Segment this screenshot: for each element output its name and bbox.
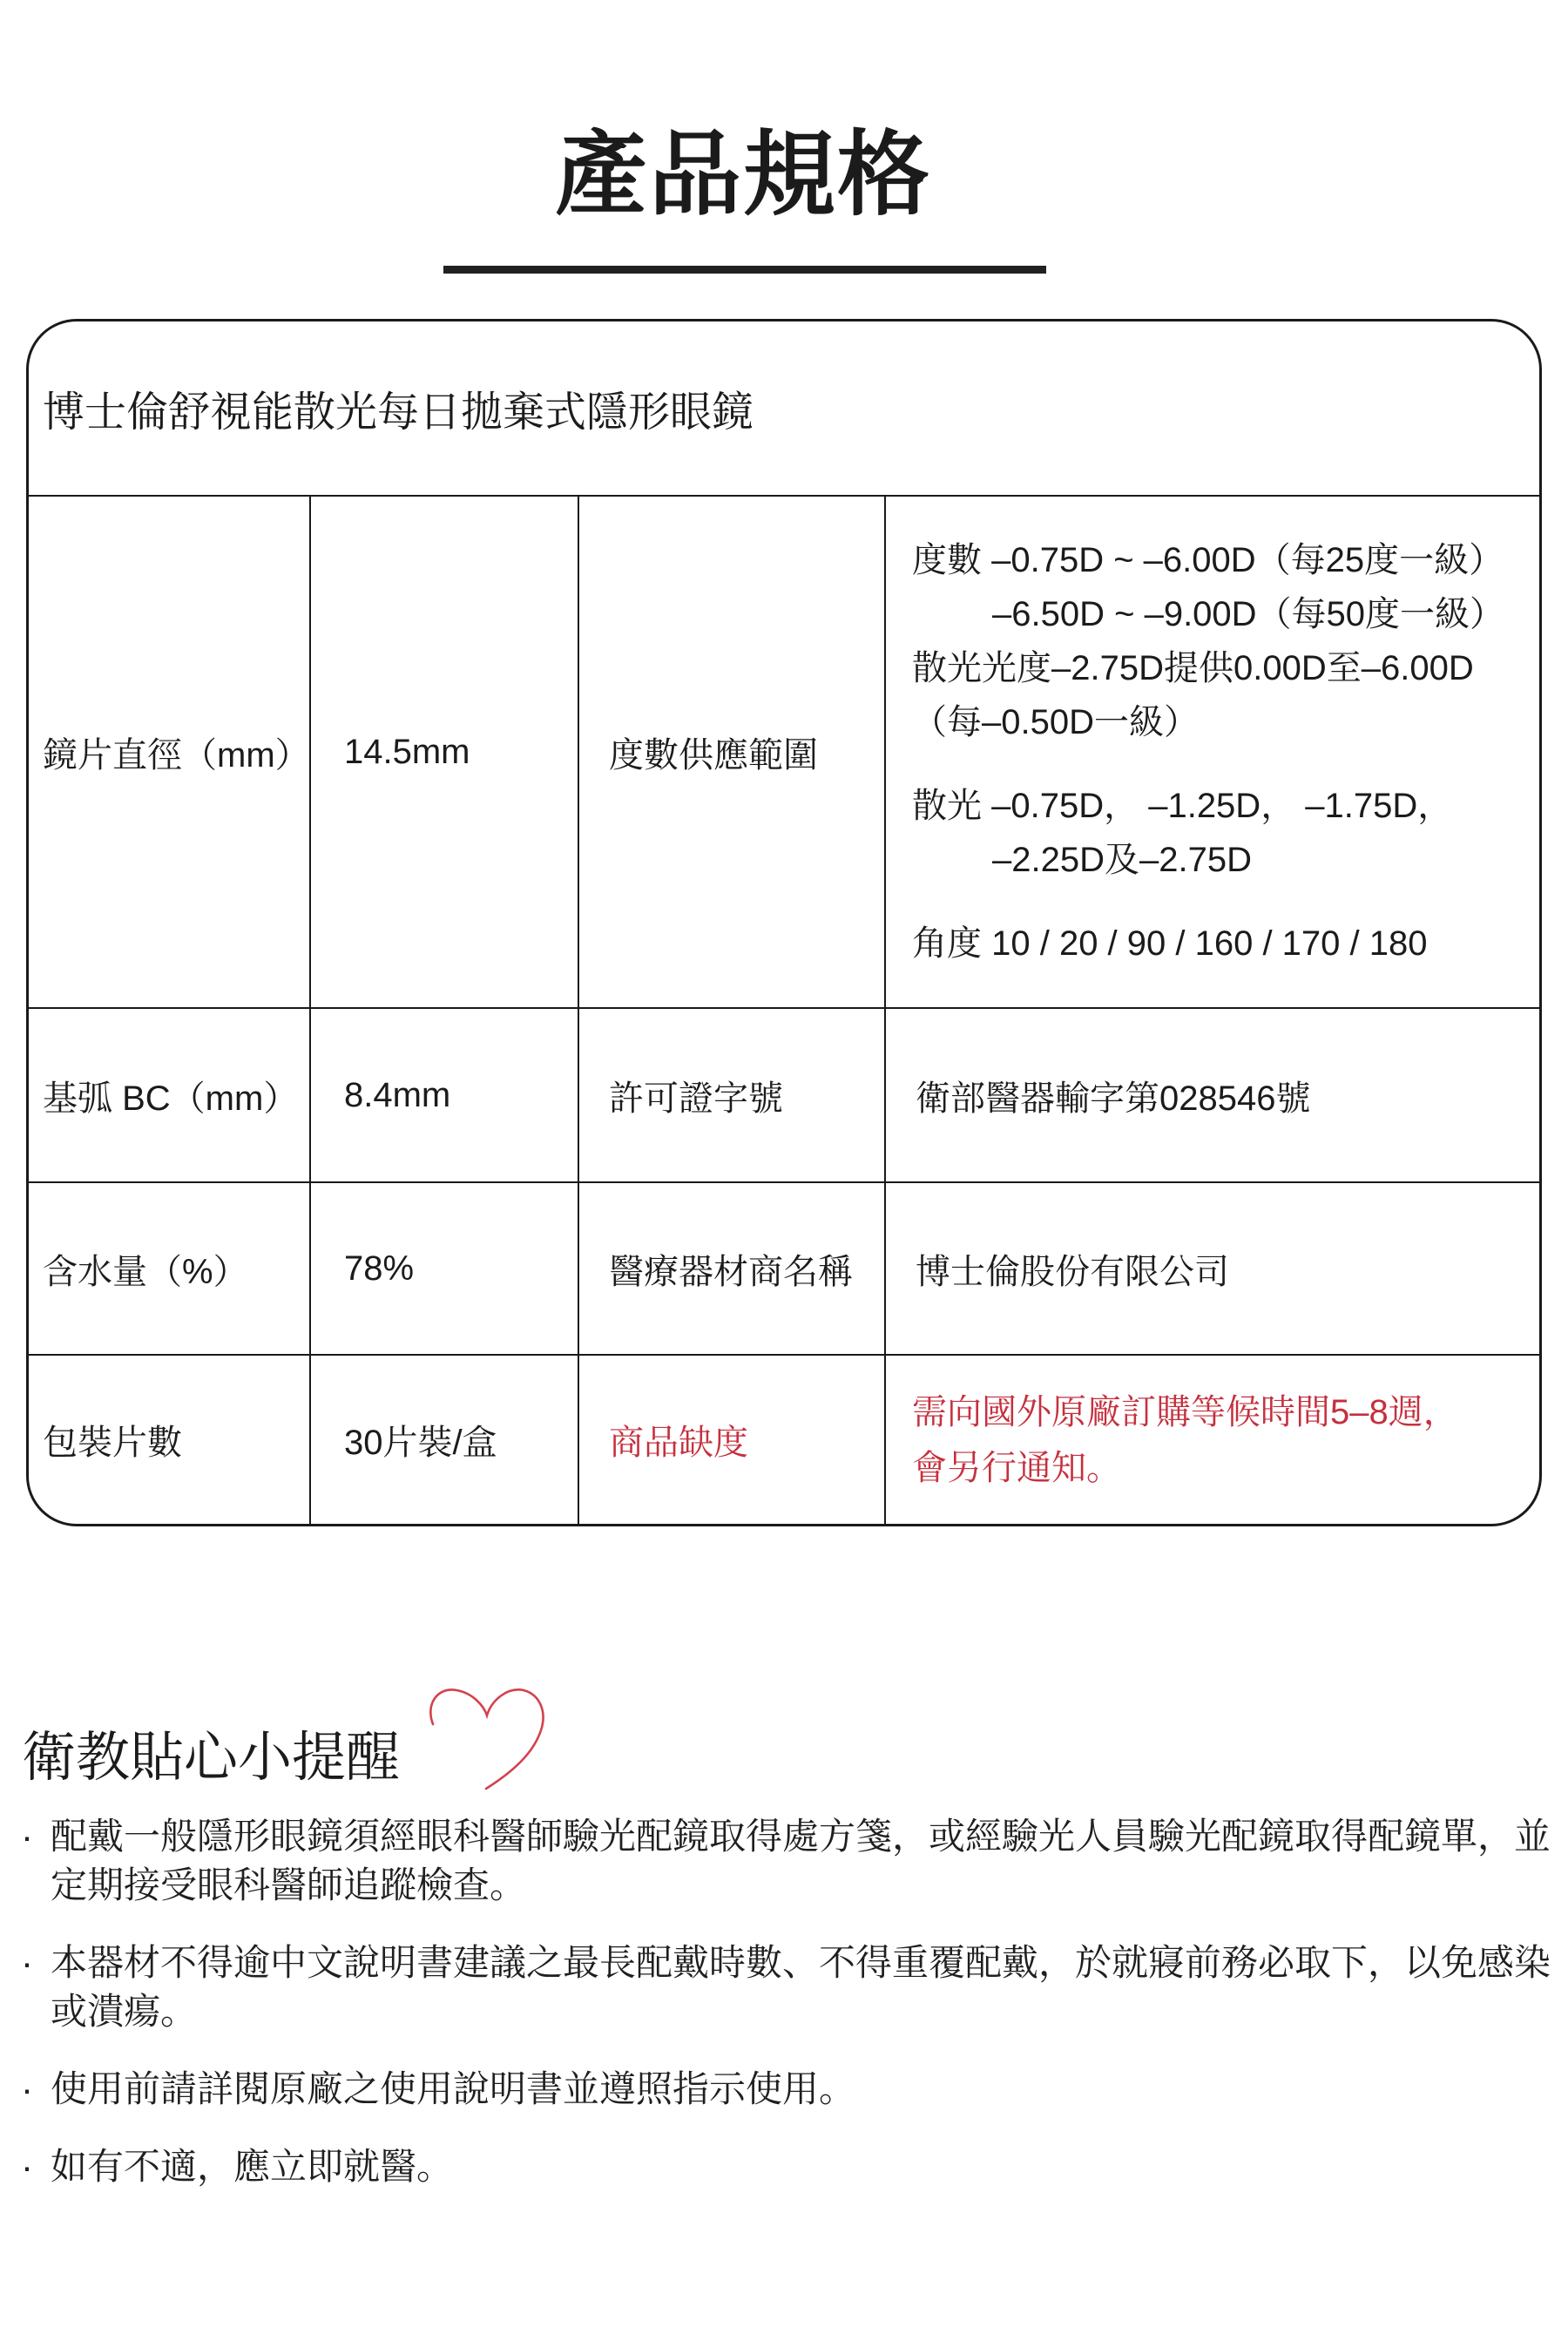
- shortage-note-line: 會另行通知。: [912, 1440, 1529, 1496]
- power-range-line: （每–0.50D一級）: [912, 695, 1529, 749]
- care-instruction-list: · 配戴一般隱形眼鏡須經眼科醫師驗光配鏡取得處方箋，或經驗光人員驗光配鏡取得配鏡…: [19, 1812, 1551, 2220]
- care-instruction-text: 配戴一般隱形眼鏡須經眼科醫師驗光配鏡取得處方箋，或經驗光人員驗光配鏡取得配鏡單，…: [51, 1816, 1551, 1905]
- title-section: 產品規格: [0, 127, 1568, 224]
- bullet-dot: ·: [21, 2065, 33, 2114]
- spec-value-base-curve: 8.4mm: [309, 1007, 578, 1181]
- care-section-heading: 衛教貼心小提醒: [22, 1729, 400, 1788]
- care-instruction-item: · 本器材不得逾中文說明書建議之最長配戴時數、不得重覆配戴，於就寢前務必取下，以…: [19, 1939, 1551, 2036]
- power-range-line: 散光 –0.75D， –1.25D， –1.75D，: [912, 779, 1529, 833]
- spec-label-shortage: 商品缺度: [578, 1354, 884, 1524]
- heart-icon: [424, 1682, 548, 1792]
- spec-label-license-number: 許可證字號: [578, 1007, 884, 1181]
- spec-value-vendor-name: 博士倫股份有限公司: [884, 1181, 1539, 1354]
- power-range-line: 度數 –0.75D ~ –6.00D（每25度一級）: [912, 533, 1529, 587]
- care-instruction-item: · 配戴一般隱形眼鏡須經眼科醫師驗光配鏡取得處方箋，或經驗光人員驗光配鏡取得配鏡…: [19, 1812, 1551, 1910]
- care-instruction-item: · 如有不適，應立即就醫。: [19, 2142, 1551, 2191]
- spec-label-power-range: 度數供應範圍: [578, 495, 884, 1007]
- product-name-header: 博士倫舒視能散光每日拋棄式隱形眼鏡: [29, 321, 1539, 495]
- spec-value-pack-quantity: 30片裝/盒: [309, 1354, 578, 1524]
- spec-value-license-number: 衛部醫器輸字第028546號: [884, 1007, 1539, 1181]
- title-underline: [443, 266, 1046, 274]
- power-range-line: 散光光度–2.75D提供0.00D至–6.00D: [912, 641, 1529, 695]
- spec-label-base-curve: 基弧 BC（mm）: [29, 1007, 309, 1181]
- spec-value-lens-diameter: 14.5mm: [309, 495, 578, 1007]
- bullet-dot: ·: [21, 1812, 33, 1861]
- care-instruction-text: 如有不適，應立即就醫。: [51, 2146, 453, 2187]
- product-spec-page: 產品規格 博士倫舒視能散光每日拋棄式隱形眼鏡 鏡片直徑（mm） 14.5mm 度…: [0, 0, 1568, 2348]
- care-instruction-text: 本器材不得逾中文說明書建議之最長配戴時數、不得重覆配戴，於就寢前務必取下，以免感…: [51, 1942, 1551, 2032]
- care-instruction-item: · 使用前請詳閱原廠之使用說明書並遵照指示使用。: [19, 2065, 1551, 2114]
- power-range-line: 角度 10 / 20 / 90 / 160 / 170 / 180: [912, 917, 1529, 971]
- page-title: 產品規格: [555, 127, 931, 224]
- bullet-dot: ·: [21, 1939, 33, 1987]
- spec-label-lens-diameter: 鏡片直徑（mm）: [29, 495, 309, 1007]
- spec-label-water-content: 含水量（%）: [29, 1181, 309, 1354]
- product-spec-table: 博士倫舒視能散光每日拋棄式隱形眼鏡 鏡片直徑（mm） 14.5mm 度數供應範圍…: [26, 319, 1542, 1526]
- spec-value-power-range: 度數 –0.75D ~ –6.00D（每25度一級） –6.50D ~ –9.0…: [884, 495, 1539, 1007]
- spec-label-pack-quantity: 包裝片數: [29, 1354, 309, 1524]
- spec-label-vendor-name: 醫療器材商名稱: [578, 1181, 884, 1354]
- spec-value-shortage-note: 需向國外原廠訂購等候時間5–8週， 會另行通知。: [884, 1354, 1539, 1524]
- shortage-note-line: 需向國外原廠訂購等候時間5–8週，: [912, 1384, 1529, 1440]
- bullet-dot: ·: [21, 2142, 33, 2191]
- care-instruction-text: 使用前請詳閱原廠之使用說明書並遵照指示使用。: [51, 2068, 855, 2109]
- power-range-line: –2.25D及–2.75D: [912, 833, 1529, 887]
- power-range-line: –6.50D ~ –9.00D（每50度一級）: [912, 587, 1529, 641]
- spec-value-water-content: 78%: [309, 1181, 578, 1354]
